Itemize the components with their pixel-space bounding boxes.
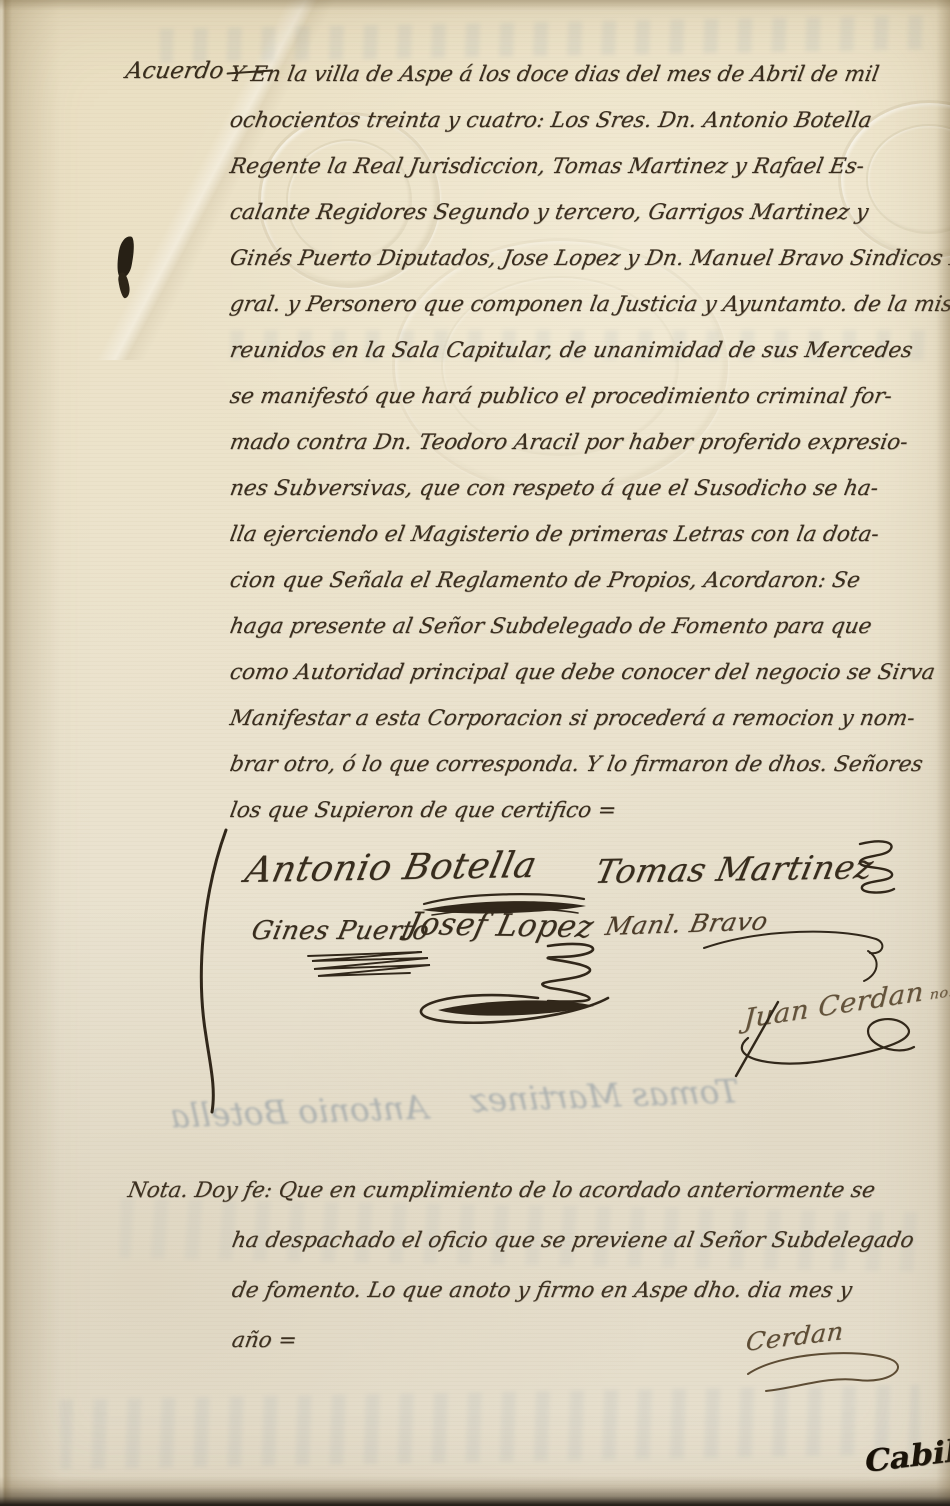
manuscript-line: brar otro, ó lo que corresponda. Y lo fi… <box>226 742 946 788</box>
manuscript-line: ochocientos treinta y cuatro: Los Sres. … <box>226 98 946 144</box>
manuscript-line: reunidos en la Sala Capitular, de unanim… <box>226 328 946 374</box>
ink-showthrough <box>59 1385 920 1470</box>
manuscript-line: gral. y Personero que componen la Justic… <box>226 282 946 328</box>
manuscript-line: Nota. Doy fe: Que en cumplimiento de lo … <box>124 1166 933 1216</box>
manuscript-line: Manifestar a esta Corporacion si procede… <box>226 696 946 742</box>
manuscript-line: los que Supieron de que certifico = <box>226 788 946 834</box>
signature-flourish <box>396 938 636 1024</box>
manuscript-line: Y En la villa de Aspe á los doce dias de… <box>226 52 946 98</box>
signature-name: Juan Cerdan <box>743 977 924 1035</box>
manuscript-line: calante Regidores Segundo y tercero, Gar… <box>226 190 946 236</box>
manuscript-line: ha despachado el oficio que se previene … <box>124 1216 933 1266</box>
manuscript-line: nes Subversivas, que con respeto á que e… <box>226 466 946 512</box>
manuscript-line: haga presente al Señor Subdelegado de Fo… <box>226 604 946 650</box>
manuscript-line: Ginés Puerto Diputados, Jose Lopez y Dn.… <box>226 236 946 282</box>
manuscript-line: lla ejerciendo el Magisterio de primeras… <box>226 512 946 558</box>
act-body-text: Y En la villa de Aspe á los doce dias de… <box>230 52 942 834</box>
page-bottom-edge <box>0 1476 950 1506</box>
signature-antonio-botella: Antonio Botella <box>242 845 541 891</box>
notary-abbreviation-mark: no. <box>929 984 950 1003</box>
margin-paraph-stroke <box>192 826 238 1116</box>
manuscript-line: se manifestó que hará publico el procedi… <box>226 374 946 420</box>
signature-juan-cerdan: Juan Cerdanno. <box>743 972 950 1035</box>
signature-josef-lopez: Josef Lopez <box>404 906 598 945</box>
manuscript-line: cion que Señala el Reglamento de Propios… <box>226 558 946 604</box>
signature-flourish <box>302 950 438 980</box>
showthrough-signature: Antonio Botella <box>169 1088 428 1136</box>
manuscript-line: como Autoridad principal que debe conoce… <box>226 650 946 696</box>
signature-tomas-martinez: Tomas Martinez <box>592 847 877 891</box>
page-left-edge <box>0 0 60 1506</box>
manuscript-line: Regente la Real Jurisdiccion, Tomas Mart… <box>226 144 946 190</box>
showthrough-signature: Tomas Martinez <box>469 1071 739 1119</box>
manuscript-line: de fomento. Lo que anoto y firmo en Aspe… <box>124 1266 933 1316</box>
signature-manuel-bravo: Manl. Bravo <box>603 906 771 941</box>
page-top-edge <box>0 0 950 10</box>
manuscript-page: Antonio Botella Tomas Martinez Acuerdo Y… <box>0 0 950 1506</box>
manuscript-line: mado contra Dn. Teodoro Aracil por haber… <box>226 420 946 466</box>
